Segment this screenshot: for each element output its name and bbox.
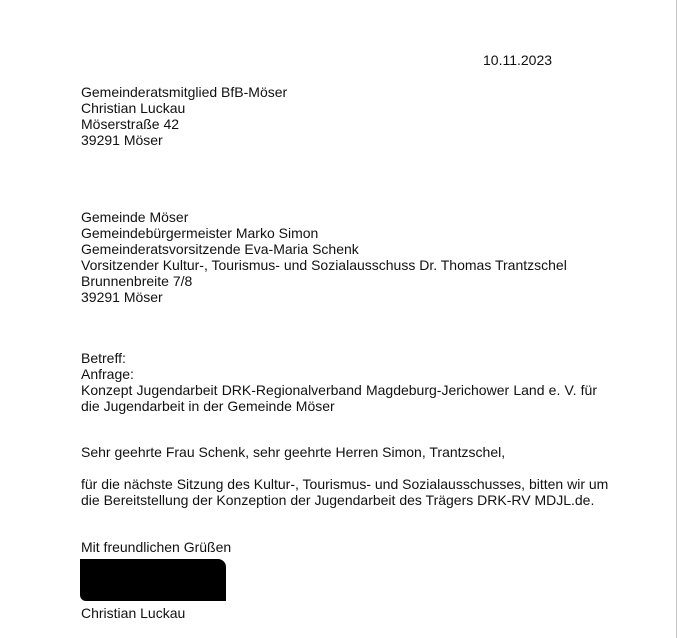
salutation: Sehr geehrte Frau Schenk, sehr geehrte H… xyxy=(81,444,505,460)
signatory-name: Christian Luckau xyxy=(81,605,185,621)
body-line: die Bereitstellung der Konzeption der Ju… xyxy=(81,492,597,508)
signature-redaction xyxy=(80,559,226,601)
subject-label: Betreff: xyxy=(81,350,126,366)
recipient-line: Brunnenbreite 7/8 xyxy=(81,273,567,289)
body-line: für die nächste Sitzung des Kultur-, Tou… xyxy=(81,476,597,492)
sender-line: Möserstraße 42 xyxy=(81,116,287,132)
subject-type: Anfrage: xyxy=(81,366,134,382)
body-text: für die nächste Sitzung des Kultur-, Tou… xyxy=(81,476,597,508)
recipient-line: Vorsitzender Kultur-, Tourismus- und Soz… xyxy=(81,257,567,273)
subject-line: die Jugendarbeit in der Gemeinde Möser xyxy=(81,398,597,414)
sender-line: Christian Luckau xyxy=(81,100,287,116)
page-edge-divider xyxy=(676,0,677,638)
sender-address: Gemeinderatsmitglied BfB-Möser Christian… xyxy=(81,84,287,148)
closing: Mit freundlichen Grüßen xyxy=(81,539,231,555)
sender-line: Gemeinderatsmitglied BfB-Möser xyxy=(81,84,287,100)
subject-text: Konzept Jugendarbeit DRK-Regionalverband… xyxy=(81,382,597,414)
recipient-line: 39291 Möser xyxy=(81,289,567,305)
recipient-address: Gemeinde Möser Gemeindebürgermeister Mar… xyxy=(81,209,567,305)
sender-line: 39291 Möser xyxy=(81,132,287,148)
recipient-line: Gemeinderatsvorsitzende Eva-Maria Schenk xyxy=(81,241,567,257)
recipient-line: Gemeindebürgermeister Marko Simon xyxy=(81,225,567,241)
letter-date: 10.11.2023 xyxy=(483,52,552,68)
recipient-line: Gemeinde Möser xyxy=(81,209,567,225)
subject-line: Konzept Jugendarbeit DRK-Regionalverband… xyxy=(81,382,597,398)
